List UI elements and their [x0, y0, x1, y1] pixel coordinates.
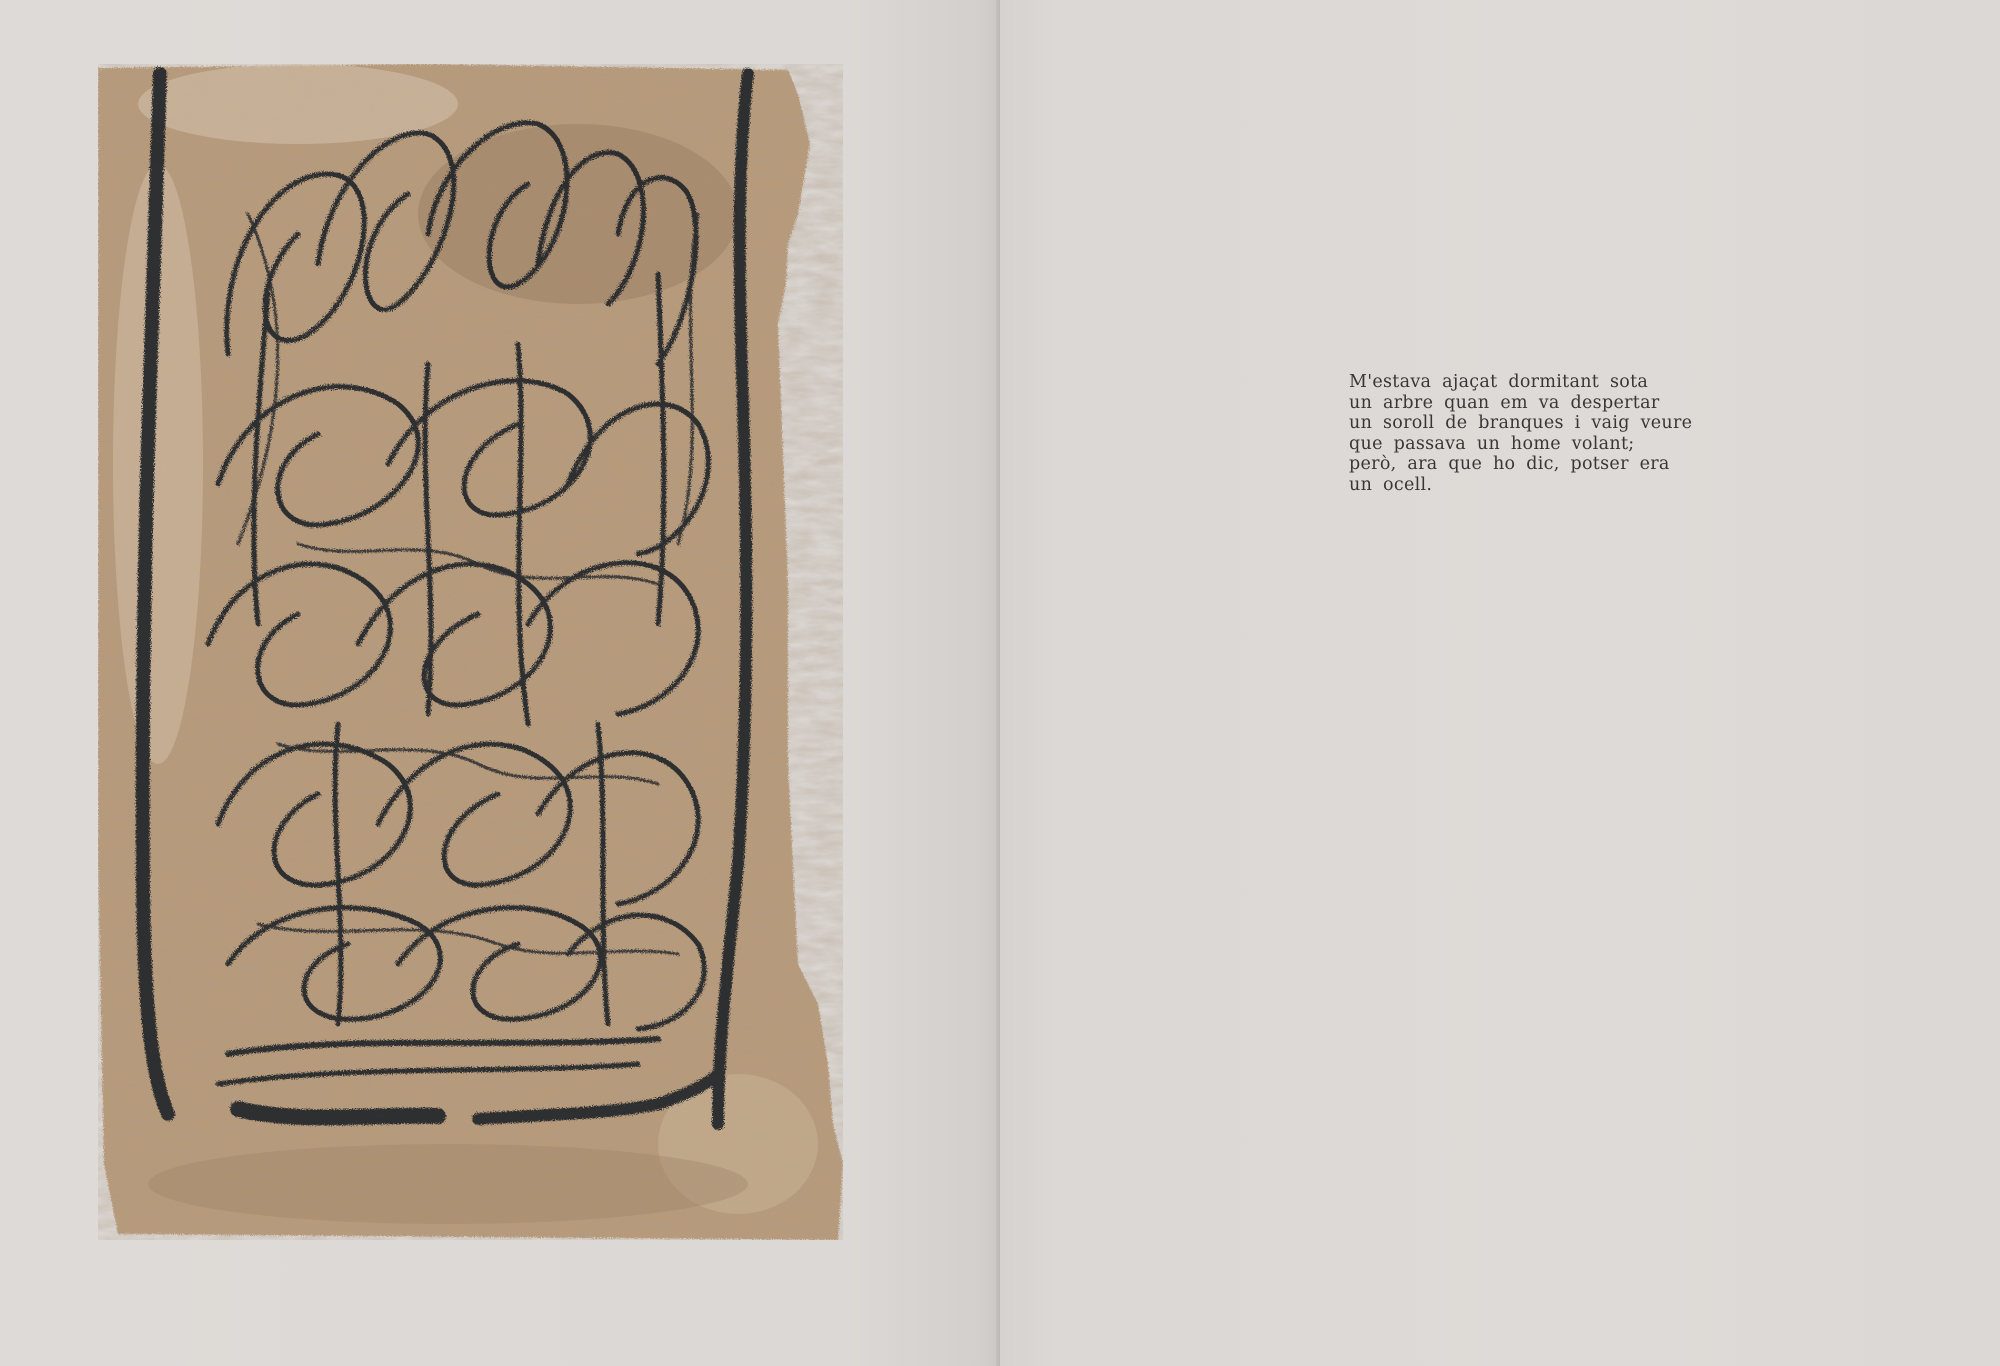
poem-text: M'estava ajaçat dormitant sota un arbre … [1349, 372, 1769, 496]
poem-line: però, ara que ho dic, potser era [1349, 454, 1769, 475]
book-spread: M'estava ajaçat dormitant sota un arbre … [0, 0, 2000, 1366]
artwork-image [98, 64, 843, 1240]
poem-line: que passava un home volant; [1349, 434, 1769, 455]
poem-line: M'estava ajaçat dormitant sota [1349, 372, 1769, 393]
poem-line: un ocell. [1349, 475, 1769, 496]
poem-line: un arbre quan em va despertar [1349, 393, 1769, 414]
left-page [0, 0, 1000, 1366]
right-page [1000, 0, 2000, 1366]
abstract-artwork [98, 64, 843, 1240]
poem-line: un soroll de branques i vaig veure [1349, 413, 1769, 434]
